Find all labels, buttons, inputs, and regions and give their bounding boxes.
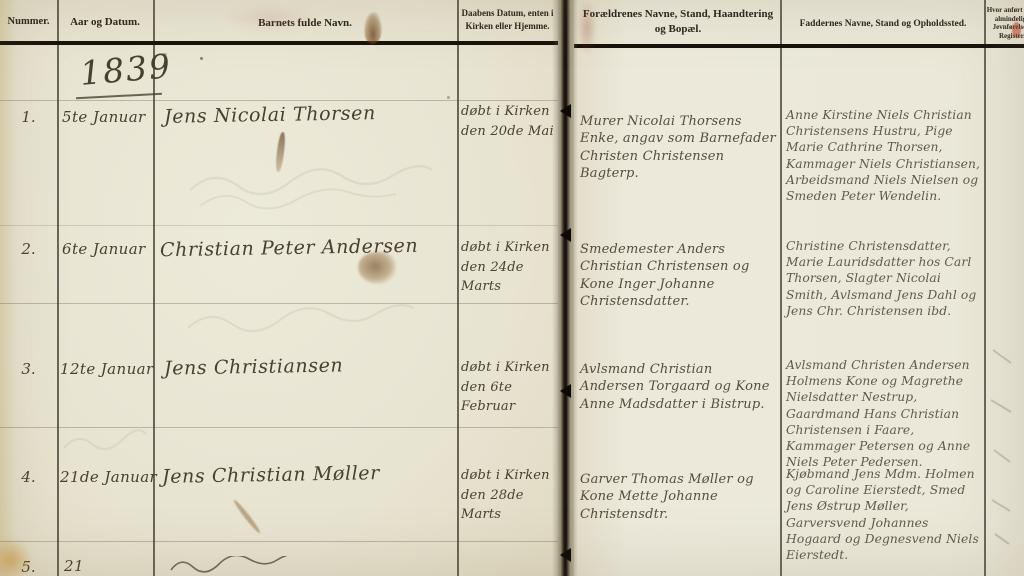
ink-speck bbox=[447, 96, 450, 99]
row-number: 2. bbox=[0, 240, 57, 258]
row-date: 5te Januar bbox=[62, 108, 146, 126]
godparents: Christine Christensdatter, Marie Laurids… bbox=[786, 238, 984, 319]
child-name: Christian Peter Andersen bbox=[160, 235, 419, 262]
row-number: 5. bbox=[0, 558, 57, 576]
col-header-daabens-datum: Daabens Datum, enten i Kirken eller Hjem… bbox=[458, 7, 557, 32]
row-rule bbox=[0, 541, 558, 542]
column-line bbox=[57, 0, 59, 576]
column-line bbox=[457, 0, 459, 576]
child-name: Jens Nicolai Thorsen bbox=[164, 102, 376, 128]
parents: Murer Nicolai Thorsens Enke, angav som B… bbox=[580, 113, 776, 183]
row-date: 21de Januar bbox=[60, 468, 157, 486]
baptism-date: døbt i Kirken den 28de Marts bbox=[461, 466, 563, 525]
baptism-date: døbt i Kirken den 6te Februar bbox=[461, 358, 563, 417]
book-binding-edge bbox=[552, 0, 578, 576]
col-header-aar-og-datum: Aar og Datum. bbox=[57, 15, 153, 30]
row-number: 3. bbox=[0, 360, 57, 378]
ghost-writing bbox=[58, 420, 150, 464]
godparents: Avlsmand Christen Andersen Holmens Kone … bbox=[786, 357, 984, 471]
ink-speck bbox=[163, 53, 167, 56]
year-heading: 1839 bbox=[78, 46, 173, 93]
baptism-date: døbt i Kirken den 20de Mai bbox=[461, 102, 563, 141]
binding-mark bbox=[560, 384, 571, 398]
godparents: Anne Kirstine Niels Christian Christense… bbox=[786, 107, 984, 204]
header-rule-right bbox=[574, 44, 1024, 48]
col-header-nummer: Nummer. bbox=[0, 15, 57, 30]
clipped-handwriting-stroke bbox=[165, 556, 345, 576]
binding-mark bbox=[560, 548, 571, 562]
parents: Avlsmand Christian Andersen Torgaard og … bbox=[580, 361, 776, 413]
baptism-date: døbt i Kirken den 24de Marts bbox=[461, 238, 563, 297]
child-name: Jens Christian Møller bbox=[162, 462, 380, 488]
child-name: Jens Christiansen bbox=[164, 354, 344, 379]
binding-mark bbox=[560, 228, 571, 242]
page-left-yellowed-edge bbox=[0, 0, 16, 576]
row-rule bbox=[0, 100, 558, 101]
row-date: 6te Januar bbox=[62, 240, 146, 258]
parish-register-scan: Nummer. Aar og Datum. Barnets fulde Navn… bbox=[0, 0, 1024, 576]
col-header-fadderne: Faddernes Navne, Stand og Opholdssted. bbox=[782, 18, 984, 31]
row-date: 12te Januar bbox=[60, 360, 154, 378]
ink-speck bbox=[200, 57, 203, 60]
column-line bbox=[984, 0, 986, 576]
parents: Garver Thomas Møller og Kone Mette Johan… bbox=[580, 471, 776, 523]
binding-mark bbox=[560, 104, 571, 118]
parents: Smedemester Anders Christian Christensen… bbox=[580, 241, 776, 311]
col-header-barnets-navn: Barnets fulde Navn. bbox=[153, 16, 457, 31]
godparents: Kjøbmand Jens Mdm. Holmen og Caroline Ei… bbox=[786, 466, 984, 563]
header-rule-left bbox=[0, 41, 558, 45]
col-header-foraeldrene: Forældrenes Navne, Stand, Haandtering og… bbox=[582, 7, 774, 38]
column-line bbox=[780, 0, 782, 576]
row-number: 1. bbox=[0, 108, 57, 126]
row-number: 4. bbox=[0, 468, 57, 486]
col-header-jevnfoerelses-register: Hvor anført i det almindelige Jevnførels… bbox=[986, 6, 1024, 40]
row-rule bbox=[0, 225, 558, 226]
ghost-writing bbox=[180, 298, 430, 344]
row-date: 21 bbox=[64, 557, 84, 575]
ghost-register-marks bbox=[988, 338, 1020, 548]
ghost-writing bbox=[180, 150, 440, 210]
